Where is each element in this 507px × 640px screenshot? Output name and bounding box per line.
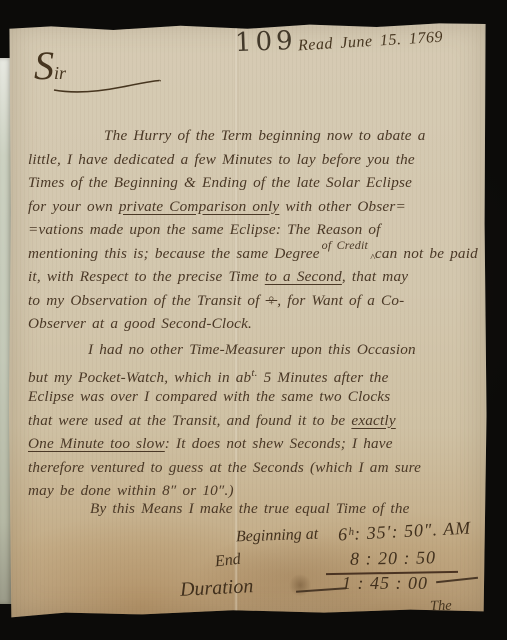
end-value: 8 : 20 : 50 [350, 547, 436, 569]
end-label: End [214, 551, 242, 572]
duration-tail-flourish [436, 577, 478, 583]
manuscript-paper: 109 Read June 15. 1769 Sir The Hurry of … [8, 21, 487, 618]
beginning-value: 6ʰ: 35′: 50″. AM [338, 518, 472, 546]
beginning-label: Beginning at [236, 526, 319, 547]
times-table: Beginning at 6ʰ: 35′: 50″. AM End 8 : 20… [8, 21, 487, 618]
catchword: The [430, 598, 452, 616]
duration-dash-flourish [296, 587, 346, 592]
photo-backdrop: { "page": { "background_color": "#0c0b09… [0, 0, 507, 640]
duration-value: 1 : 45 : 00 [342, 573, 428, 594]
duration-label: Duration [179, 575, 253, 602]
